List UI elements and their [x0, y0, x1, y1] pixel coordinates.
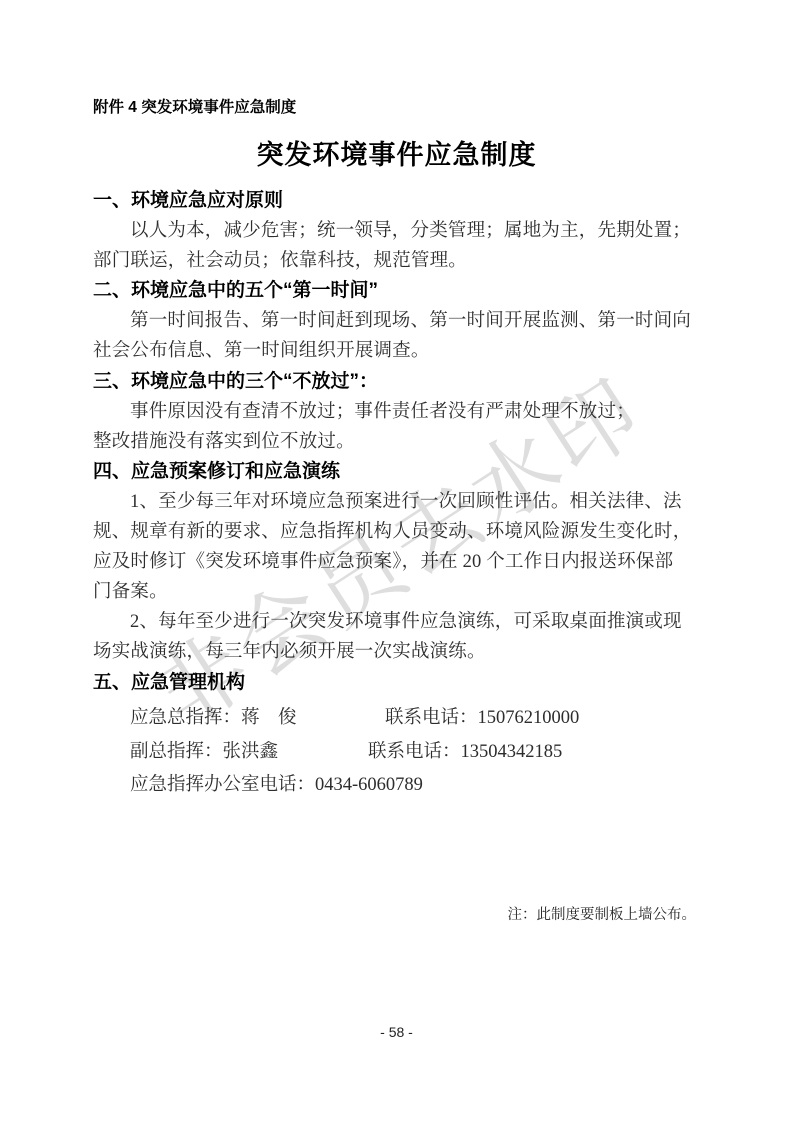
attachment-header: 附件 4 突发环境事件应急制度 — [93, 95, 296, 117]
section-heading-2: 二、环境应急中的五个“第一时间” — [93, 276, 692, 306]
contact-row-chief: 应急总指挥：蒋 俊联系电话：15076210000 — [130, 702, 579, 736]
page-number: - 58 - — [0, 1024, 793, 1040]
contact-role: 副总指挥：张洪鑫 — [130, 736, 368, 770]
body-line: 2、每年至少进行一次突发环境事件应急演练，可采取桌面推演或现 — [93, 607, 692, 637]
body-line: 场实战演练，每三年内必须开展一次实战演练。 — [93, 637, 692, 667]
body-line: 社会公布信息、第一时间组织开展调查。 — [93, 336, 692, 366]
section-heading-5: 五、应急管理机构 — [93, 668, 692, 698]
section-heading-4: 四、应急预案修订和应急演练 — [93, 457, 692, 487]
body-line: 部门联运，社会动员；依靠科技，规范管理。 — [93, 246, 692, 276]
contact-phone: 联系电话：15076210000 — [385, 708, 579, 728]
document-page: 非会员去水印 附件 4 突发环境事件应急制度 突发环境事件应急制度 一、环境应急… — [0, 0, 793, 1122]
contact-role: 应急指挥办公室电话：0434-6060789 — [130, 769, 423, 803]
footer-note: 注：此制度要制板上墙公布。 — [508, 903, 697, 924]
body-line: 第一时间报告、第一时间赶到现场、第一时间开展监测、第一时间向 — [93, 306, 692, 336]
contact-block: 应急总指挥：蒋 俊联系电话：15076210000 副总指挥：张洪鑫联系电话：1… — [130, 702, 579, 803]
contact-row-deputy: 副总指挥：张洪鑫联系电话：13504342185 — [130, 736, 579, 770]
body-line: 事件原因没有查清不放过；事件责任者没有严肃处理不放过； — [93, 397, 692, 427]
contact-row-office: 应急指挥办公室电话：0434-6060789 — [130, 769, 579, 803]
body-line: 规、规章有新的要求、应急指挥机构人员变动、环境风险源发生变化时， — [93, 517, 692, 547]
section-heading-3: 三、环境应急中的三个“不放过”： — [93, 367, 692, 397]
body-line: 门备案。 — [93, 577, 692, 607]
body-line: 以人为本，减少危害；统一领导，分类管理；属地为主，先期处置； — [93, 216, 692, 246]
document-title: 突发环境事件应急制度 — [0, 133, 793, 172]
body-line: 应及时修订《突发环境事件应急预案》，并在 20 个工作日内报送环保部 — [93, 547, 692, 577]
body-line: 整改措施没有落实到位不放过。 — [93, 427, 692, 457]
document-body: 一、环境应急应对原则 以人为本，减少危害；统一领导，分类管理；属地为主，先期处置… — [93, 186, 692, 698]
body-line: 1、至少每三年对环境应急预案进行一次回顾性评估。相关法律、法 — [93, 487, 692, 517]
contact-phone: 联系电话：13504342185 — [368, 742, 562, 762]
section-heading-1: 一、环境应急应对原则 — [93, 186, 692, 216]
contact-role: 应急总指挥：蒋 俊 — [130, 702, 385, 736]
